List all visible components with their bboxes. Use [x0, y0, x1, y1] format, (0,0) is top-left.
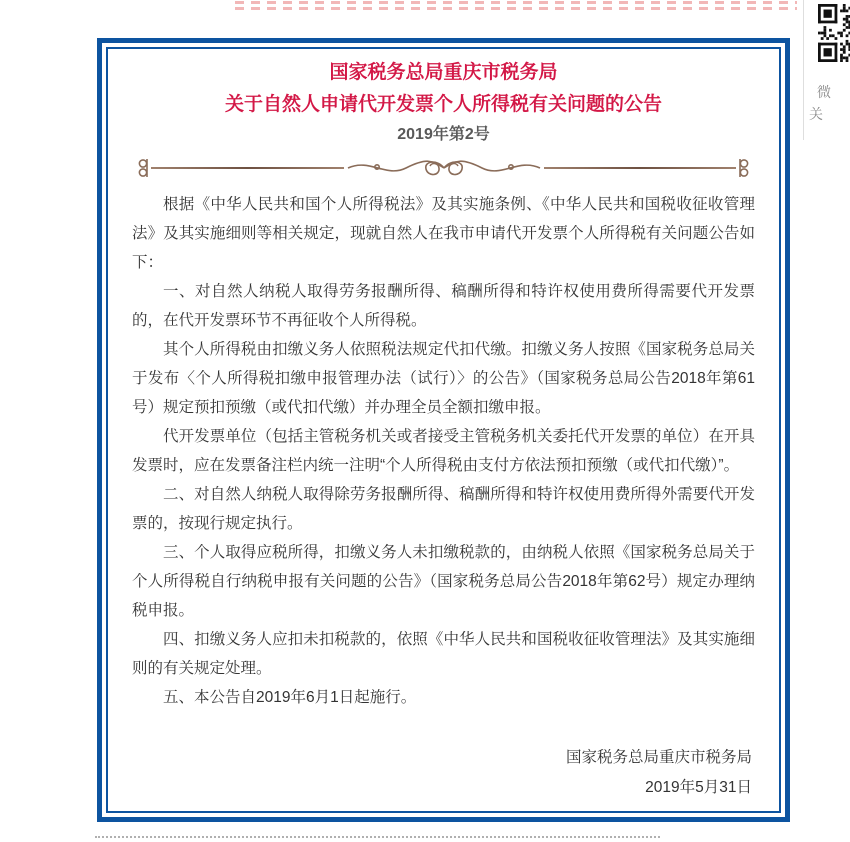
ornament-flourish-icon: [344, 156, 544, 180]
paragraph-item5: 五、本公告自2019年6月1日起施行。: [132, 683, 755, 712]
top-dashed-divider: [235, 1, 797, 4]
top-dashed-divider: [235, 7, 797, 10]
doc-title-line1: 国家税务总局重庆市税务局: [132, 58, 755, 88]
ornament-line: [151, 167, 344, 169]
doc-body: 根据《中华人民共和国个人所得税法》及其实施条例、《中华人民共和国税收征收管理法》…: [132, 190, 755, 712]
bottom-dotted-divider: [95, 836, 660, 838]
qr-caption-line2: 关: [809, 104, 823, 124]
ornament-line: [544, 167, 737, 169]
announcement-content: 国家税务总局重庆市税务局 关于自然人申请代开发票个人所得税有关问题的公告 201…: [106, 47, 781, 813]
paragraph-item1: 一、对自然人纳税人取得劳务报酬所得、稿酬所得和特许权使用费所得需要代开发票的，在…: [132, 277, 755, 335]
announcement-document: 国家税务总局重庆市税务局 关于自然人申请代开发票个人所得税有关问题的公告 201…: [97, 38, 790, 822]
wechat-qrcode-icon: [818, 4, 850, 62]
paragraph-item1c: 代开发票单位（包括主管税务机关或者接受主管税务机关委托代开发票的单位）在开具发票…: [132, 422, 755, 480]
signature-org: 国家税务总局重庆市税务局: [132, 743, 752, 773]
paragraph-item1b: 其个人所得税由扣缴义务人依照税法规定代扣代缴。扣缴义务人按照《国家税务总局关于发…: [132, 335, 755, 422]
signature-date: 2019年5月31日: [132, 773, 752, 803]
paragraph-item4: 四、扣缴义务人应扣未扣税款的，依照《中华人民共和国税收征收管理法》及其实施细则的…: [132, 625, 755, 683]
ornament-divider: [136, 156, 751, 180]
qr-caption-line1: 微: [817, 82, 831, 102]
paragraph-item2: 二、对自然人纳税人取得除劳务报酬所得、稿酬所得和特许权使用费所得外需要代开发票的…: [132, 480, 755, 538]
panel-divider: [803, 0, 804, 140]
paragraph-intro: 根据《中华人民共和国个人所得税法》及其实施条例、《中华人民共和国税收征收管理法》…: [132, 190, 755, 277]
doc-number: 2019年第2号: [132, 123, 755, 147]
doc-title-line2: 关于自然人申请代开发票个人所得税有关问题的公告: [132, 90, 755, 120]
paragraph-item3: 三、个人取得应税所得，扣缴义务人未扣缴税款的，由纳税人依照《国家税务总局关于个人…: [132, 538, 755, 625]
ornament-end-left-icon: [136, 156, 151, 180]
signature-block: 国家税务总局重庆市税务局 2019年5月31日: [132, 743, 755, 803]
page: 微 关 国家税务总局重庆市税务局 关于自然人申请代开发票个人所得税有关问题的公告…: [0, 0, 850, 842]
ornament-end-right-icon: [736, 156, 751, 180]
